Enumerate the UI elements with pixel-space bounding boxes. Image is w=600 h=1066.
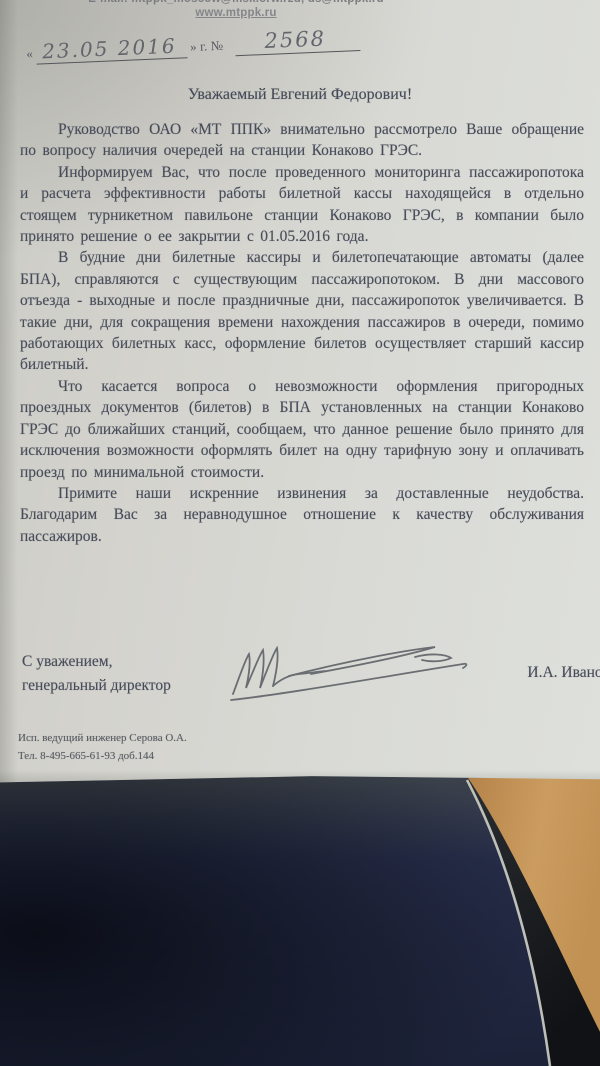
paragraph-1: Руководство ОАО «МТ ППК» внимательно рас… [20, 119, 584, 162]
scene-graphic [0, 770, 600, 1066]
close-quote: » [190, 39, 197, 54]
letterhead-website: www.mtppk.ru [195, 7, 276, 20]
letterhead-contacts: E-mail: mtppk_moscow@msk.orw.rzd, ds@mtp… [66, 0, 406, 20]
handwritten-number: 2568 [234, 25, 360, 56]
date-number-line: « 23.05 2016 » г. № 2568 [26, 21, 457, 65]
year-suffix: г. [200, 38, 208, 53]
photo-of-letter: E-mail: mtppk_moscow@msk.orw.rzd, ds@mtp… [0, 0, 600, 1066]
executor-name: Исп. ведущий инженер Серова О.А. [18, 730, 187, 748]
executor-block: Исп. ведущий инженер Серова О.А. Тел. 8-… [18, 730, 187, 765]
letter-paper: E-mail: mtppk_moscow@msk.orw.rzd, ds@mtp… [0, 0, 600, 784]
number-sign: № [210, 38, 223, 54]
closing-title: генеральный директор [22, 674, 171, 698]
open-quote: « [26, 46, 33, 61]
paragraph-3: В будние дни билетные кассиры и билетопе… [20, 247, 584, 375]
paragraph-2: Информируем Вас, что после проведенного … [20, 162, 584, 248]
closing-regards: С уважением, [22, 650, 171, 674]
signature-scribble [225, 634, 475, 712]
salutation: Уважаемый Евгений Федорович! [0, 86, 600, 104]
closing-block: С уважением, генеральный директор [22, 650, 171, 698]
background-scene [0, 770, 600, 1066]
letterhead-email: E-mail: mtppk_moscow@msk.orw.rzd, ds@mtp… [66, 0, 406, 6]
signer-name: И.А. Иванов [527, 664, 600, 682]
paragraph-5: Примите наши искренние извинения за дост… [20, 483, 584, 547]
paragraph-4: Что касается вопроса о невозможности офо… [20, 376, 584, 483]
executor-phone: Тел. 8-495-665-61-93 доб.144 [18, 748, 187, 766]
letter-body: Руководство ОАО «МТ ППК» внимательно рас… [20, 119, 584, 547]
handwritten-date: 23.05 2016 [36, 33, 187, 64]
